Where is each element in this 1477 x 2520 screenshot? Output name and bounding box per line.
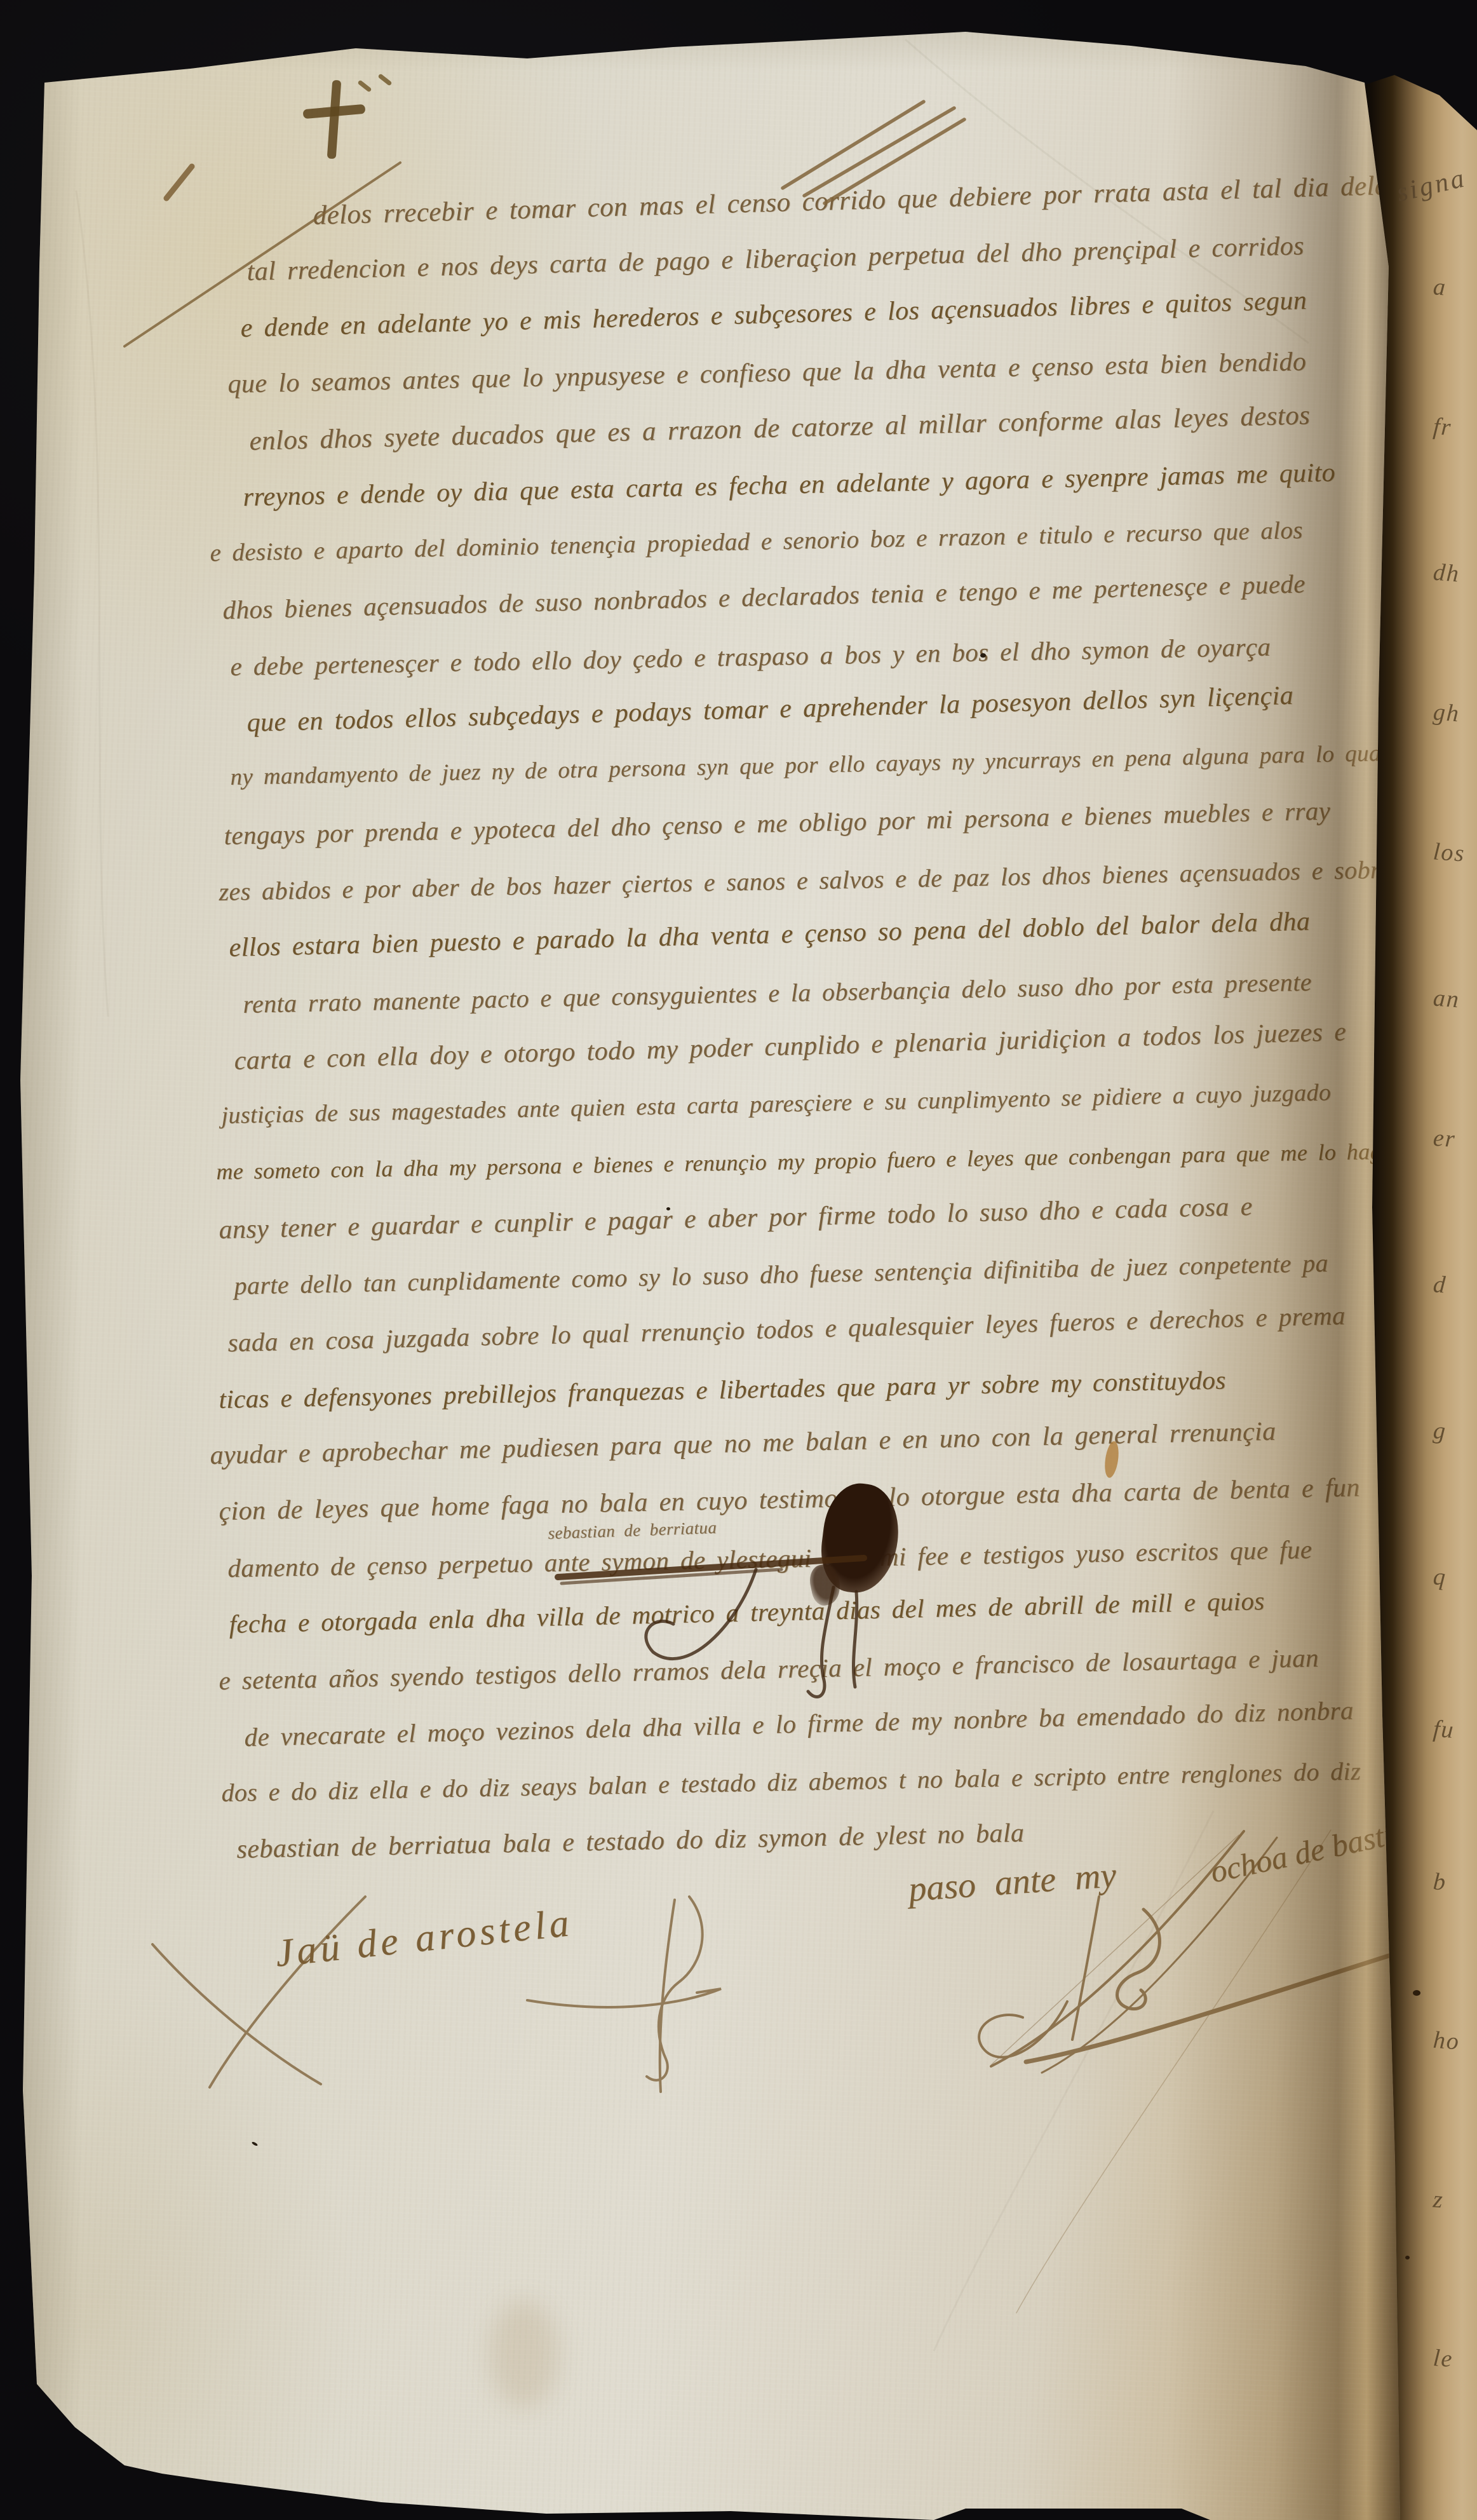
notary-rubric [979,1830,1389,2313]
signature-left-name: Jaü de arostela [273,1900,575,1977]
facing-page-text-fragment: z [1432,2185,1445,2214]
manuscript-line: e dende en adelante yo e mis herederos e… [240,285,1307,344]
manuscript-line: enlos dhos syete ducados que es a rrazon… [249,400,1311,457]
tick-mark [357,79,372,92]
manuscript-line: carta e con ella doy e otorgo todo my po… [234,1017,1347,1076]
facing-page-text-fragment: d [1432,1270,1447,1299]
ink-speck [980,653,986,658]
interlinear-insertion: sebastian de berriatua [548,1518,717,1543]
manuscript-page: delos rrecebir e tomar con mas el censo … [0,0,1477,2520]
ink-speck [666,1207,670,1210]
manuscript-line: e desisto e aparto del dominio tenençia … [210,516,1303,567]
facing-page-text-fragment: le [1433,2344,1454,2373]
manuscript-line: renta rrato manente pacto e que consygui… [243,967,1312,1019]
photo-background: signa a fr dh gh los an er d g q fu b ho… [0,0,1477,2520]
manuscript-line: ellos estara bien puesto e parado la dha… [229,906,1311,963]
ink-speck [252,2141,259,2146]
manuscript-line: dos e do diz ella e do diz seays balan e… [221,1756,1361,1808]
invocation-cross-icon [327,80,342,159]
manuscript-line: ticas e defensyones prebillejos franquez… [219,1365,1226,1414]
facing-page-header-fragment: signa [1394,163,1469,208]
facing-page-text-fragment: g [1432,1416,1447,1445]
facing-page-text-fragment: er [1433,1124,1457,1153]
ink-speck [1405,2256,1410,2259]
manuscript-line: sada en cosa juzgada sobre lo qual rrenu… [227,1300,1345,1358]
manuscript-line: delos rrecebir e tomar con mas el censo … [313,170,1389,231]
facing-page-text-fragment: an [1433,984,1461,1014]
manuscript-line: dhos bienes açensuados de suso nonbrados… [222,568,1305,625]
manuscript-line: me someto con la dha my persona e bienes… [216,1137,1405,1185]
facing-page-text-fragment: dh [1433,559,1461,588]
manuscript-line: parte dello tan cunplidamente como sy lo… [234,1248,1328,1301]
facing-page-text-fragment: q [1432,1562,1447,1591]
top-edge-shading [0,0,1477,89]
ink-speck [1413,1990,1420,1996]
manuscript-line-with-strikethrough: damento de çenso perpetuo ante symon de … [227,1534,1312,1583]
manuscript-line: que lo seamos antes que lo ynpusyese e c… [227,346,1307,400]
manuscript-line: rreynos e dende oy dia que esta carta es… [243,457,1336,513]
facing-page-text-fragment: b [1432,1867,1447,1896]
manuscript-line: e setenta años syendo testigos dello rra… [219,1643,1319,1696]
faint-smudge [489,2300,559,2408]
manuscript-line: çion de leyes que home faga no bala en c… [219,1472,1360,1527]
facing-page-text-fragment: fu [1433,1715,1456,1744]
manuscript-line: ny mandamyento de juez ny de otra person… [230,740,1388,791]
manuscript-line: e debe pertenesçer e todo ello doy çedo … [230,632,1271,682]
facing-page-text-fragment: a [1432,273,1447,301]
manuscript-line: tengays por prenda e ypoteca del dho çen… [224,795,1331,851]
manuscript-line: sebastian de berriatua bala e testado do… [236,1818,1025,1865]
facing-page-text-fragment: fr [1433,412,1453,442]
tick-mark [377,73,392,86]
facing-page-text-fragment: ho [1433,2026,1461,2056]
notary-attestation: paso ante my [907,1855,1117,1910]
manuscript-line: ansy tener e guardar e cunplir e pagar e… [219,1191,1253,1245]
left-edge-shading [0,0,95,2520]
manuscript-line: que en todos ellos subçedays e podays to… [246,681,1294,738]
manuscript-line: de vnecarate el moço vezinos dela dha vi… [244,1695,1354,1752]
manuscript-line: tal rredencion e nos deys carta de pago … [246,231,1304,287]
facing-page-text-fragment: gh [1433,698,1461,728]
facing-page-text-fragment: los [1433,837,1466,867]
manuscript-line: zes abidos e por aber de bos hazer çiert… [219,855,1391,907]
photo-scratch [713,0,715,22]
manuscript-line: justiçias de sus magestades ante quien e… [221,1078,1332,1130]
manuscript-line: fecha e otorgada enla dha villa de motri… [229,1585,1265,1639]
